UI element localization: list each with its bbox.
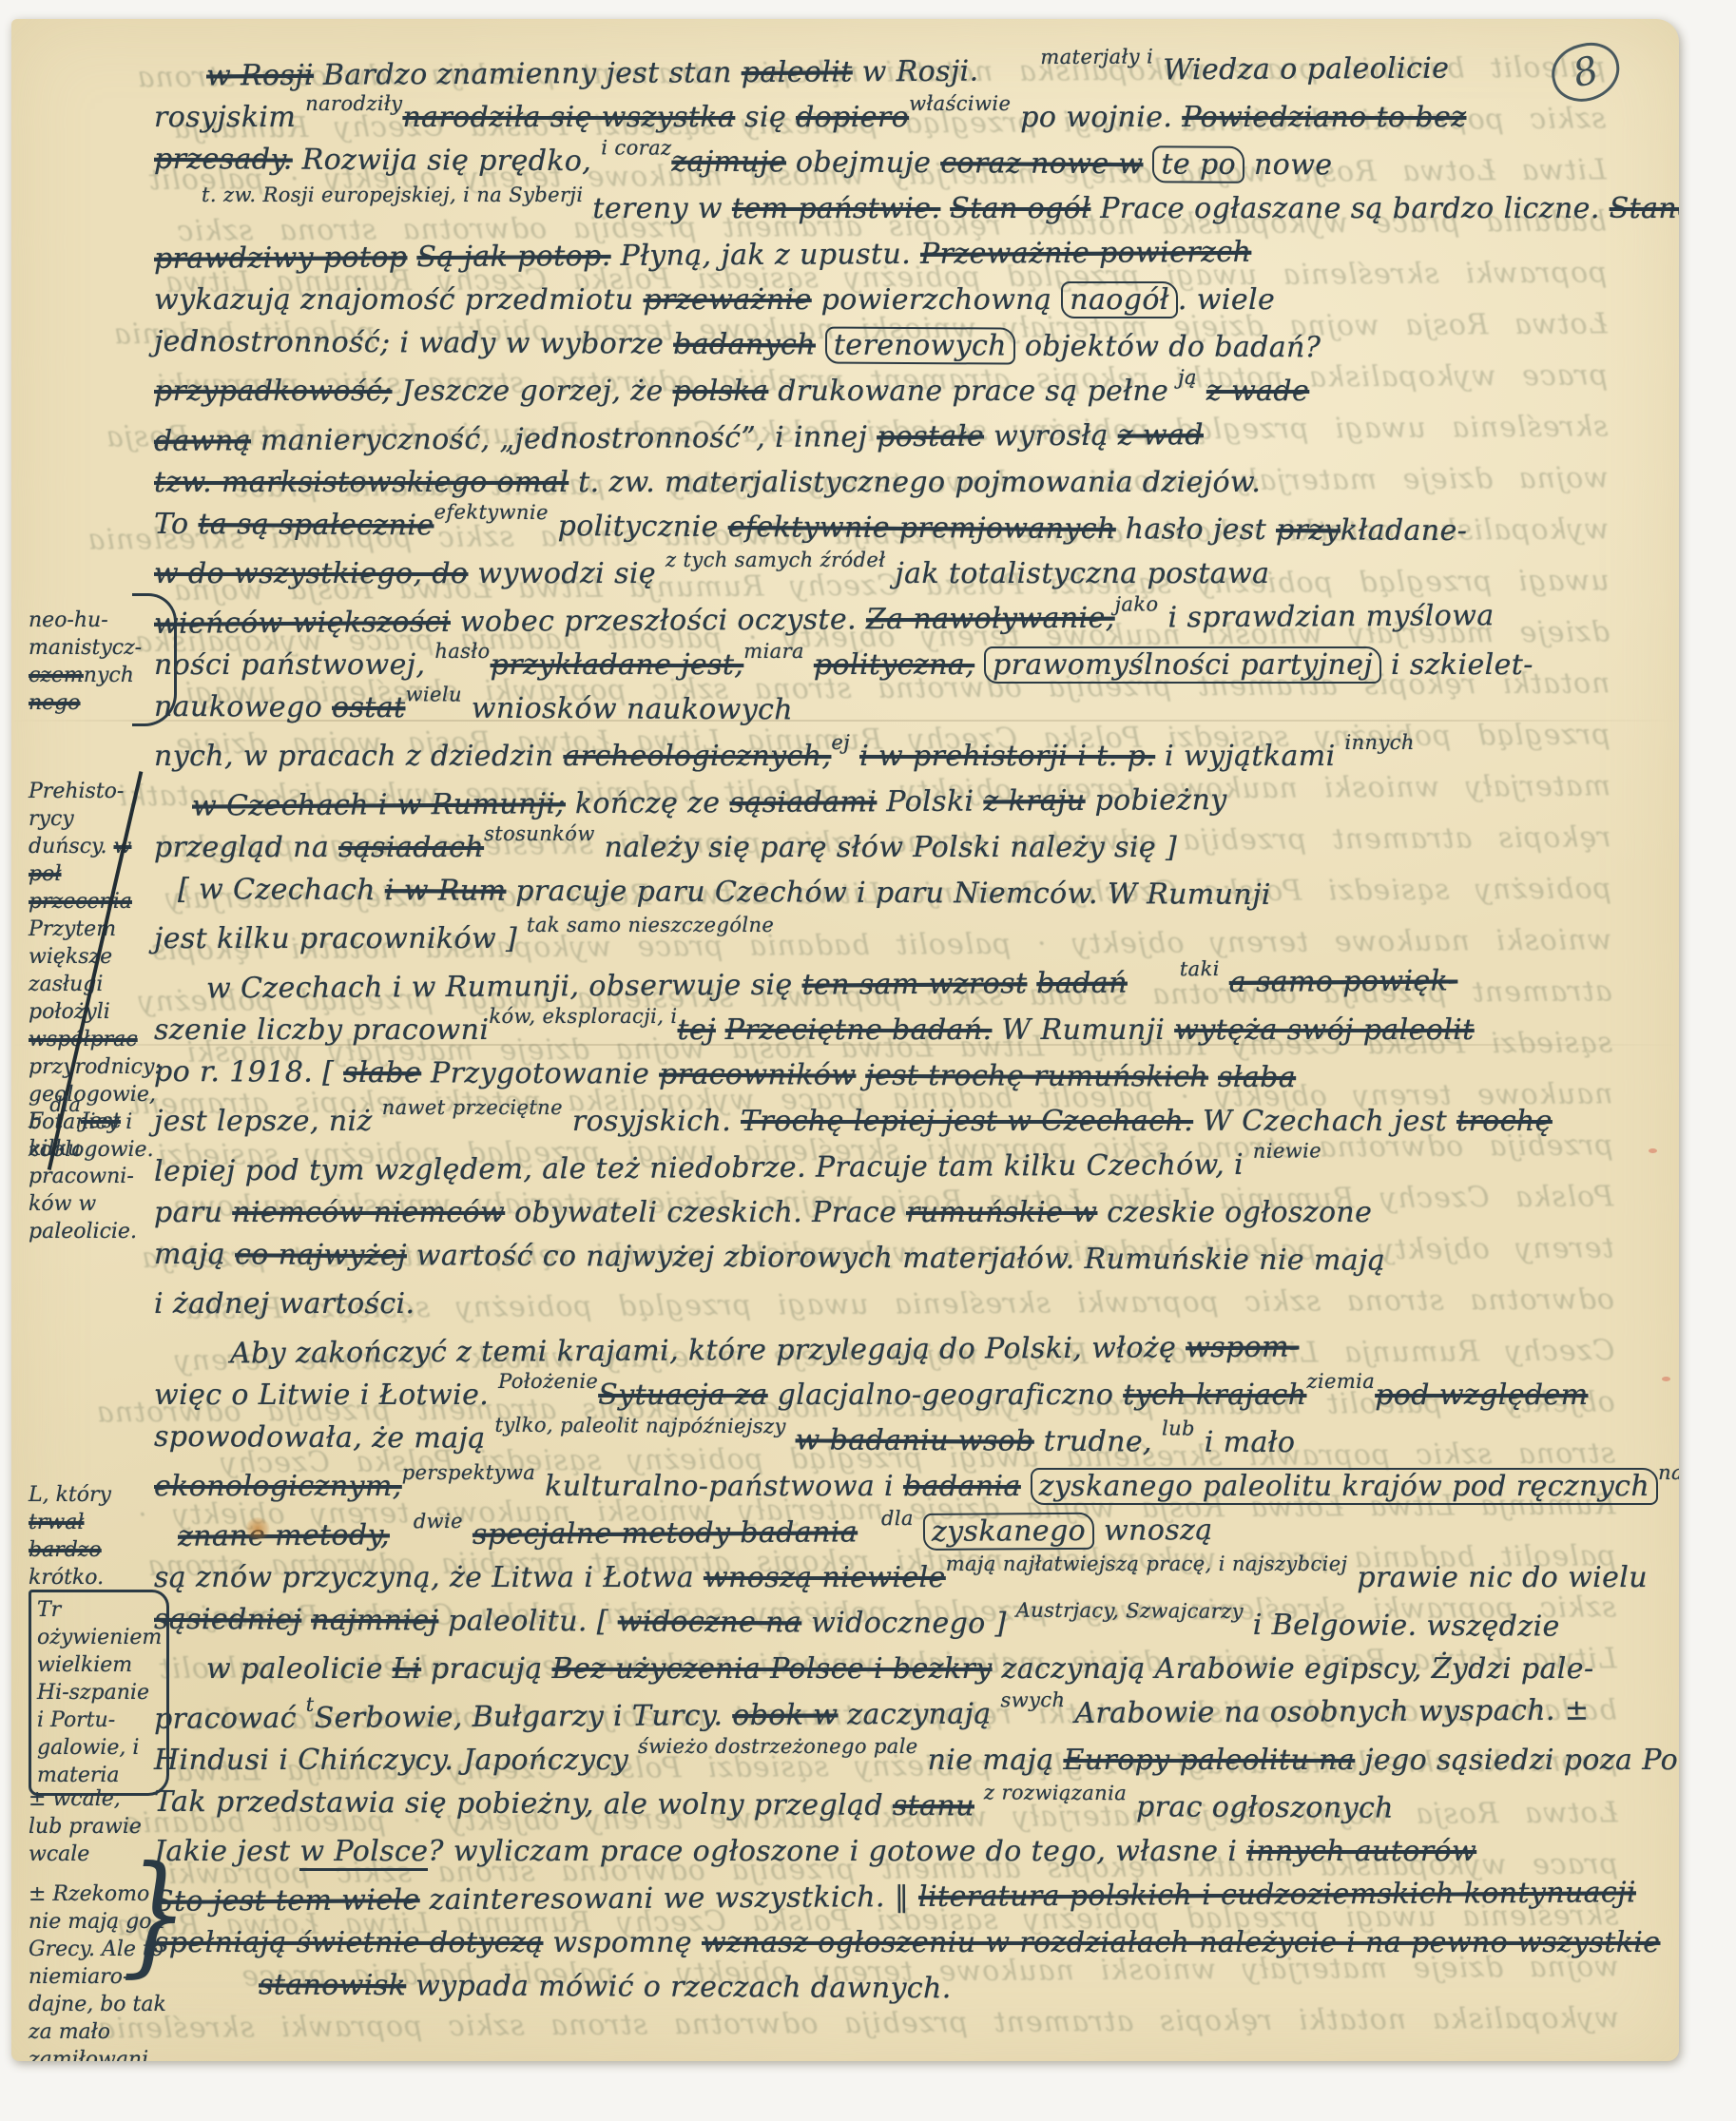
struck-text: Powiedziano to bez — [1182, 101, 1466, 134]
text-segment: ? wyliczam prace ogłoszone i gotowe do t… — [428, 1835, 1246, 1868]
text-segment: wykazują znajomość przedmiotu — [154, 283, 644, 317]
manuscript-line: dawną manieryczność, „jednostronność”, i… — [154, 410, 1666, 465]
struck-text: Są jak potop. — [416, 240, 610, 274]
struck-text: wytęża swój paleolit — [1174, 1013, 1474, 1047]
struck-text: Trochę lepiej jest w Czechach. — [741, 1105, 1193, 1138]
inserted-text: tylko, paleolit najpóźniejszy — [495, 1425, 786, 1427]
text-segment: zaczynają — [838, 1697, 1000, 1731]
struck-text: polska — [673, 375, 769, 408]
struck-text: narodziła się wszystka — [402, 101, 735, 134]
struck-text: najmniej — [311, 1604, 438, 1638]
text-segment: jest kilku pracowników ] — [154, 922, 527, 955]
text-segment: i mało — [1195, 1426, 1296, 1460]
text-segment: w Czechach i w Rumunji, obserwuje się — [206, 969, 802, 1006]
text-segment: Serbowie, Bułgarzy i Turcy. — [315, 1699, 733, 1735]
margin-note: F dlaJest kilku pracowni-ków w paleolici… — [29, 1108, 152, 1245]
text-segment: F — [29, 1109, 49, 1133]
text-segment: wartość co najwyżej zbiorowych materjałó… — [407, 1239, 1385, 1277]
manuscript-line: t. zw. Rosji europejskiej, i na Syberji … — [154, 186, 1666, 232]
manuscript-line: sąsiedniej najmniej paleolitu. [ widoczn… — [154, 1597, 1666, 1650]
text-segment: naukowego — [154, 690, 332, 724]
text-segment — [974, 648, 984, 682]
text-segment: po wojnie. — [1011, 101, 1182, 134]
text-segment — [716, 1013, 725, 1047]
text-segment: [ w Czechach — [178, 873, 385, 907]
struck-text: w Czechach i w Rumunji; — [192, 787, 566, 822]
struck-text: Sytuacja za — [598, 1379, 767, 1412]
text-segment: wobec przeszłości oczyste. — [451, 603, 866, 639]
text-segment — [301, 1604, 311, 1637]
text-segment: i żadnej wartości. — [154, 1287, 415, 1321]
manuscript-line: ekonologicznym,perspektywa kulturalno-pa… — [154, 1464, 1666, 1510]
struck-text: Bez użyczenia Polsce i bezkry — [552, 1652, 993, 1686]
text-segment: . wiele — [1178, 283, 1275, 317]
margin-note: ± Rzekomo nie mają go i Grecy. Ale to ni… — [29, 1880, 171, 2061]
struck-text: Stan ogół — [950, 192, 1090, 225]
struck-text: pracowników — [659, 1058, 856, 1092]
text-segment — [856, 1059, 865, 1092]
manuscript-line: rosyjskim narodziłynarodziła się wszystk… — [154, 95, 1666, 141]
text-segment: Arabowie na osobnych wyspach. ± — [1065, 1694, 1589, 1730]
struck-text: archeologicznych, — [563, 740, 831, 773]
struck-text: rumuńskie w — [906, 1196, 1097, 1229]
text-segment: prac ogłoszonych — [1127, 1790, 1394, 1824]
struck-text: spełniają świetnie dotyczą — [154, 1926, 543, 1959]
struck-text: znane metody, — [178, 1518, 390, 1552]
struck-text: Przeciętne badań. — [725, 1013, 993, 1047]
text-segment — [940, 192, 950, 225]
manuscript-line: spowodowała, że mają tylko, paleolit naj… — [154, 1415, 1666, 1468]
text-segment: trudne, — [1034, 1425, 1162, 1459]
text-segment: wnoszą — [1094, 1514, 1213, 1548]
struck-text: przypadkowość; — [154, 375, 392, 408]
text-segment: To — [154, 508, 199, 541]
text-segment: Przytem większe zasługi położyli — [29, 917, 116, 1024]
manuscript-line: paru niemców niemców obywateli czeskich.… — [154, 1190, 1666, 1236]
manuscript-line: więc o Litwie i Łotwie. PołożenieSytuacj… — [154, 1373, 1666, 1418]
boxed-text: terenowych — [825, 327, 1015, 365]
manuscript-line: przesady. Rozwija się prędko, i corazzaj… — [154, 137, 1666, 190]
struck-text: badania — [903, 1470, 1021, 1503]
struck-text: nego — [29, 691, 81, 715]
manuscript-line: przegląd na sąsiadachstosunków należy si… — [154, 825, 1666, 871]
text-segment: nych, w pracach z dziedzin — [154, 740, 563, 773]
manuscript-line: mają co najwyżej wartość co najwyżej zbi… — [154, 1232, 1666, 1285]
text-segment: są znów przyczyną, że Litwa i Łotwa — [154, 1561, 704, 1594]
struck-text: badań — [1036, 967, 1128, 1001]
struck-text: wspom- — [1186, 1330, 1300, 1364]
inserted-text: taki — [1128, 969, 1220, 970]
manuscript-paper: paleolit badania prace wykopaliska notat… — [11, 19, 1679, 2061]
struck-text: co najwyżej — [235, 1238, 407, 1272]
struck-text: Li — [393, 1652, 421, 1686]
manuscript-line: tzw. marksistowskiego omal t. zw. materj… — [154, 460, 1666, 506]
struck-text: prawdziwy potop — [154, 241, 408, 276]
struck-text: i w Rum — [385, 874, 507, 908]
boxed-text: te po — [1152, 145, 1244, 183]
text-segment: t. zw. materjalistycznego pojmowania dzi… — [569, 466, 1261, 499]
struck-text: Europy paleolitu na — [1063, 1744, 1355, 1777]
text-segment: i szkielet- — [1381, 648, 1533, 682]
text-segment: neo-hu-manistycz- — [29, 608, 142, 660]
text-segment: Prehisto-rycy duńscy. — [29, 780, 124, 858]
struck-text: tej — [678, 1013, 716, 1047]
manuscript-line: po r. 1918. [ słabe Przygotowanie pracow… — [154, 1050, 1666, 1103]
rust-stain — [245, 1517, 270, 1540]
text-segment: paleolitu. [ — [438, 1604, 618, 1638]
struck-text: przy — [1276, 513, 1341, 547]
manuscript-line: i żadnej wartości. — [154, 1282, 1666, 1327]
margin-note: Prehisto-rycy duńscy. w poł przecenia Pr… — [29, 778, 152, 1164]
text-segment: wywodzi się — [468, 557, 665, 590]
manuscript-line: ności państwowej, hasłoprzykładane jest,… — [154, 643, 1666, 688]
text-segment — [974, 1789, 984, 1822]
text-segment: krótko. — [29, 1566, 104, 1590]
manuscript-line: w Czechach i w Rumunji, obserwuje się te… — [154, 957, 1666, 1012]
text-segment: ± wcale, lub prawie wcale — [29, 1787, 142, 1866]
manuscript-line: spełniają świetnie dotyczą wspomnę wznas… — [154, 1920, 1666, 1966]
text-segment: Jeszcze gorzej, że — [392, 375, 672, 408]
manuscript-body: w Rosji Bardzo znamienny jest stan paleo… — [154, 49, 1666, 2012]
struck-text: przykładane jest, — [491, 648, 744, 682]
text-segment: wyrosłą — [984, 419, 1118, 453]
struck-text: z kraju — [983, 784, 1085, 819]
text-segment: pracuje paru Czechów i paru Niemców. W R… — [506, 875, 1271, 912]
inserted-text: materjały i — [988, 56, 1153, 57]
text-segment: prawie nic do wielu — [1347, 1561, 1648, 1594]
text-segment: zainteresowani we wszystkich. ‖ — [420, 1880, 919, 1917]
manuscript-line: jest kilku pracowników ] tak samo nieszc… — [154, 916, 1666, 962]
manuscript-line: szenie liczby pracowników, eksploracji, … — [154, 1008, 1666, 1053]
text-segment: spowodowała, że mają — [154, 1420, 495, 1456]
text-segment: paru — [154, 1196, 232, 1229]
struck-text: paleolit — [742, 55, 853, 89]
struck-text: postałe — [877, 420, 984, 454]
struck-text: specjalne metody badania — [473, 1515, 858, 1551]
text-segment: nie mają — [918, 1744, 1064, 1777]
text-segment: zaczynają Arabowie egipscy, Żydzi pale- — [993, 1652, 1594, 1686]
text-segment: należy się parę słów Polski należy się ] — [595, 831, 1177, 864]
struck-text: stanowisk — [259, 1968, 406, 2002]
manuscript-line: przypadkowość; Jeszcze gorzej, że polska… — [154, 369, 1666, 415]
text-segment: tereny w — [583, 192, 731, 225]
struck-text: jest trochę rumuńskich — [865, 1059, 1208, 1094]
text-segment: więc o Litwie i Łotwie. — [154, 1379, 498, 1412]
text-segment: kończę ze — [566, 786, 730, 820]
text-segment: mają — [154, 1238, 235, 1271]
text-segment: obywateli czeskich. Prace — [505, 1196, 906, 1229]
struck-text: tych krajach — [1123, 1379, 1306, 1412]
manuscript-line: prawdziwy potop Są jak potop. Płyną, jak… — [154, 227, 1666, 282]
text-segment: Polski — [877, 785, 983, 819]
struck-text: w do wszystkiego, do — [154, 557, 468, 590]
manuscript-line: [ w Czechach i w Rum pracuje paru Czechó… — [154, 867, 1666, 920]
struck-text: ekonologicznym, — [154, 1470, 402, 1503]
text-segment: pobieżny — [1085, 783, 1226, 818]
struck-text: sąsiedniej — [154, 1603, 301, 1637]
text-segment: L, który — [29, 1483, 111, 1507]
struck-text: ostat — [332, 691, 406, 724]
text-segment — [914, 1515, 923, 1549]
page-number: 8 — [1546, 36, 1626, 108]
text-segment: wniosków naukowych — [462, 692, 793, 727]
struck-text: sąsiadach — [338, 831, 484, 864]
struck-text: dopiero — [796, 101, 909, 134]
struck-text: przeważnie — [644, 283, 812, 317]
struck-text: dzo — [65, 1538, 102, 1562]
manuscript-line: Tak przedstawia się pobieżny, ale wolny … — [154, 1780, 1666, 1833]
struck-text: tem państwie. — [732, 192, 940, 225]
text-segment: W Rumunji — [993, 1013, 1175, 1047]
inserted-text: z rozwiązania — [984, 1792, 1127, 1793]
text-segment: jest lepsze, niż — [154, 1105, 382, 1138]
text-segment: się — [735, 101, 796, 134]
text-segment: po r. 1918. [ — [154, 1055, 343, 1089]
struck-text: tzw. marksistowskiego omal — [154, 466, 569, 499]
struck-text: niemców niemców — [232, 1196, 505, 1229]
text-segment: objektów do badań? — [1015, 330, 1321, 365]
manuscript-line: jest lepsze, niż nawet przeciętne rosyjs… — [154, 1099, 1666, 1145]
text-segment: rosyjskim — [154, 101, 305, 134]
manuscript-line: Aby zakończyć z temi krajami, które przy… — [154, 1322, 1666, 1378]
text-segment: kulturalno-państwowa i — [535, 1470, 903, 1503]
text-segment: w Rosji. — [853, 54, 989, 88]
text-segment: Prace ogłaszane są bardzo liczne. — [1090, 192, 1609, 225]
manuscript-line: lepiej pod tym względem, ale też niedobr… — [154, 1140, 1666, 1195]
manuscript-line: nych, w pracach z dziedzin archeologiczn… — [154, 734, 1666, 780]
struck-text: efektywnie premjowanych — [728, 511, 1116, 546]
text-segment: i sprawdzian myślowa — [1159, 599, 1495, 634]
text-segment: glacjalno-geograficzno — [768, 1379, 1124, 1412]
struck-text: i w prehistorji i t. p. — [859, 740, 1155, 773]
text-segment: lepiej pod tym względem, ale też niedobr… — [154, 1148, 1253, 1188]
text-segment: W Czechach jest — [1193, 1105, 1456, 1138]
struck-text: współprac — [29, 1028, 138, 1051]
text-segment: powierzchowną — [812, 283, 1062, 317]
text-segment — [1021, 1470, 1031, 1503]
text-segment — [1220, 966, 1229, 999]
text-segment — [816, 328, 825, 361]
text-segment: Przygotowanie — [421, 1056, 659, 1090]
text-segment: Aby zakończyć z temi krajami, które przy… — [230, 1331, 1186, 1370]
manuscript-line: Sto jest tem wiele zainteresowani we wsz… — [154, 1870, 1666, 1925]
text-segment: Rozwija się prędko, — [293, 144, 602, 179]
struck-text: w Rosji — [206, 59, 314, 93]
page-number-badge: 8 — [1552, 44, 1620, 101]
text-segment: ności państwowej, — [154, 648, 434, 682]
struck-text: z wade — [1206, 375, 1309, 408]
text-segment: manieryczność, „jednostronność”, i innej — [251, 420, 877, 457]
text-segment: Jakie jest — [154, 1835, 299, 1868]
struck-text: obok w — [732, 1698, 838, 1732]
manuscript-line: znane metody,dwie specjalne metody badan… — [154, 1505, 1666, 1560]
underlined-text: w Polsce — [299, 1835, 428, 1871]
text-segment — [463, 1518, 473, 1552]
text-segment: jego sąsiedzi poza Polską. — [1355, 1744, 1679, 1777]
text-segment: przegląd na — [154, 831, 338, 864]
struck-text: w badaniu wsob — [796, 1423, 1034, 1457]
text-segment: szenie liczby pracowni — [154, 1013, 489, 1047]
struck-text: Stanow — [1610, 192, 1679, 225]
text-segment: obejmuje — [786, 145, 940, 180]
margin-note: ± wcale, lub prawie wcale — [29, 1785, 152, 1868]
struck-text: ta są spałecznie — [198, 508, 434, 542]
text-segment: Wiedza o paleolicie — [1153, 52, 1449, 87]
boxed-text: naogół — [1061, 281, 1178, 318]
struck-text: słabe — [343, 1056, 421, 1089]
text-segment: Płyną, jak z upustu. — [611, 238, 921, 273]
text-segment: nowe — [1244, 148, 1333, 182]
manuscript-line: stanowisk wypada mówić o rzeczach dawnyc… — [154, 1962, 1666, 2015]
text-segment: widocznego ] — [801, 1606, 1016, 1640]
red-pencil-speck — [1649, 1148, 1657, 1153]
struck-text: Za nawoływanie, — [866, 602, 1115, 637]
struck-text: trochę — [1456, 1105, 1553, 1138]
boxed-text: zyskanego — [923, 1513, 1094, 1551]
inserted-text: efektywnie — [434, 511, 549, 512]
struck-text: dawną — [154, 424, 251, 458]
struck-text: sąsiadami — [729, 785, 877, 819]
struck-text: badanych — [673, 328, 816, 362]
struck-text: zajmuje — [671, 145, 786, 180]
margin-note: neo-hu-manistycz-czemnych nego — [29, 607, 152, 717]
struck-text: wznasz ogłoszeniu w rozdziałach należyci… — [702, 1926, 1660, 1959]
manuscript-line: w paleolicie Li pracują Bez użyczenia Po… — [154, 1647, 1666, 1692]
red-pencil-speck — [1662, 1377, 1670, 1381]
text-segment: i wyjątkami — [1155, 740, 1344, 773]
text-segment — [804, 648, 814, 682]
manuscript-line: To ta są spałecznieefektywnie polityczni… — [154, 502, 1666, 555]
boxed-text: prawomyślności partyjnej — [984, 646, 1381, 684]
text-segment: czeskie ogłoszone — [1097, 1196, 1372, 1229]
text-segment: nych — [84, 664, 134, 687]
struck-text: czem — [29, 664, 84, 687]
text-segment: kilku pracowni-ków w paleolicie. — [29, 1137, 137, 1244]
text-segment — [1208, 1061, 1218, 1094]
text-segment — [850, 740, 859, 773]
struck-text: wnoszą niewiele — [704, 1561, 946, 1594]
text-segment: wspomnę — [543, 1926, 702, 1959]
struck-text: słaba — [1218, 1061, 1296, 1094]
manuscript-line: Hindusi i Chińczycy. Japończycy świeżo d… — [154, 1738, 1666, 1784]
text-segment: rosyjskich. — [563, 1105, 741, 1138]
text-segment — [1197, 375, 1206, 408]
inserted-text: Austrjacy, Szwajcarzy — [1016, 1610, 1244, 1611]
struck-text: pod względem — [1375, 1379, 1588, 1412]
struck-text: Sto jest tem wiele — [154, 1883, 420, 1919]
struck-text: przesady. — [154, 143, 293, 177]
manuscript-line: Jakie jest w Polsce? wyliczam prace ogło… — [154, 1829, 1666, 1875]
manuscript-line: wykazują znajomość przedmiotu przeważnie… — [154, 278, 1666, 323]
manuscript-line: wieńców większości wobec przeszłości ocz… — [154, 592, 1666, 647]
manuscript-line: są znów przyczyną, że Litwa i Łotwa wnos… — [154, 1555, 1666, 1601]
struck-text: wieńców większości — [154, 606, 451, 641]
text-segment: jak totalistyczna postawa — [885, 557, 1269, 590]
text-segment: Tak przedstawia się pobieżny, ale wolny … — [154, 1785, 893, 1822]
struck-text: innych autorów — [1246, 1835, 1476, 1868]
text-segment: wypada mówić o rzeczach dawnych. — [406, 1969, 952, 2005]
manuscript-line: jednostronność; i wady w wyborze badanyc… — [154, 319, 1666, 373]
text-segment: Bardzo znamienny jest stan — [314, 56, 742, 92]
struck-text: stanu — [893, 1789, 974, 1822]
struck-text: Jest — [81, 1109, 121, 1133]
boxed-text: zyskanego paleolitu krajów pod ręcznych — [1031, 1468, 1658, 1505]
manuscript-line: w Czechach i w Rumunji; kończę ze sąsiad… — [154, 775, 1666, 830]
text-segment — [786, 1423, 796, 1456]
text-segment: i Belgowie. wszędzie — [1244, 1609, 1560, 1644]
struck-text: polityczna, — [814, 648, 974, 682]
margin-note: L, który trwał bardzo krótko. — [29, 1481, 152, 1591]
manuscript-line: naukowego ostatwielu wniosków naukowych — [154, 685, 1666, 738]
text-segment: hasło jest — [1116, 512, 1276, 547]
text-segment: Hindusi i Chińczycy. Japończycy — [154, 1744, 638, 1777]
text-segment: kładane- — [1341, 513, 1467, 548]
struck-text: z wad — [1118, 418, 1204, 453]
struck-text: literatura polskich i cudzoziemskich kon… — [918, 1876, 1636, 1914]
text-segment: w paleolicie — [206, 1652, 393, 1686]
text-segment: drukowane prace są pełne — [768, 375, 1178, 408]
margin-note: Tr ożywieniem wielkiem Hi-szpanie i Port… — [29, 1590, 169, 1796]
text-segment: politycznie — [549, 510, 728, 544]
text-segment: ± Rzekomo nie mają go i Grecy. Ale to ni… — [29, 1882, 166, 2061]
text-segment: jednostronność; i wady w wyborze — [154, 325, 673, 361]
text-segment: pracować — [154, 1702, 306, 1736]
text-segment: pracują — [421, 1652, 551, 1686]
struck-text: widoczne na — [618, 1605, 802, 1639]
manuscript-line: w do wszystkiego, do wywodzi się z tych … — [154, 551, 1666, 597]
struck-text: a samo powięk- — [1229, 964, 1458, 998]
struck-text: coraz nowe w — [940, 146, 1143, 181]
text-segment: Tr ożywieniem wielkiem Hi-szpanie i Port… — [37, 1598, 162, 1787]
struck-text: ten sam wzrost — [801, 967, 1027, 1001]
struck-text: Przeważnie powierzch — [920, 236, 1251, 271]
